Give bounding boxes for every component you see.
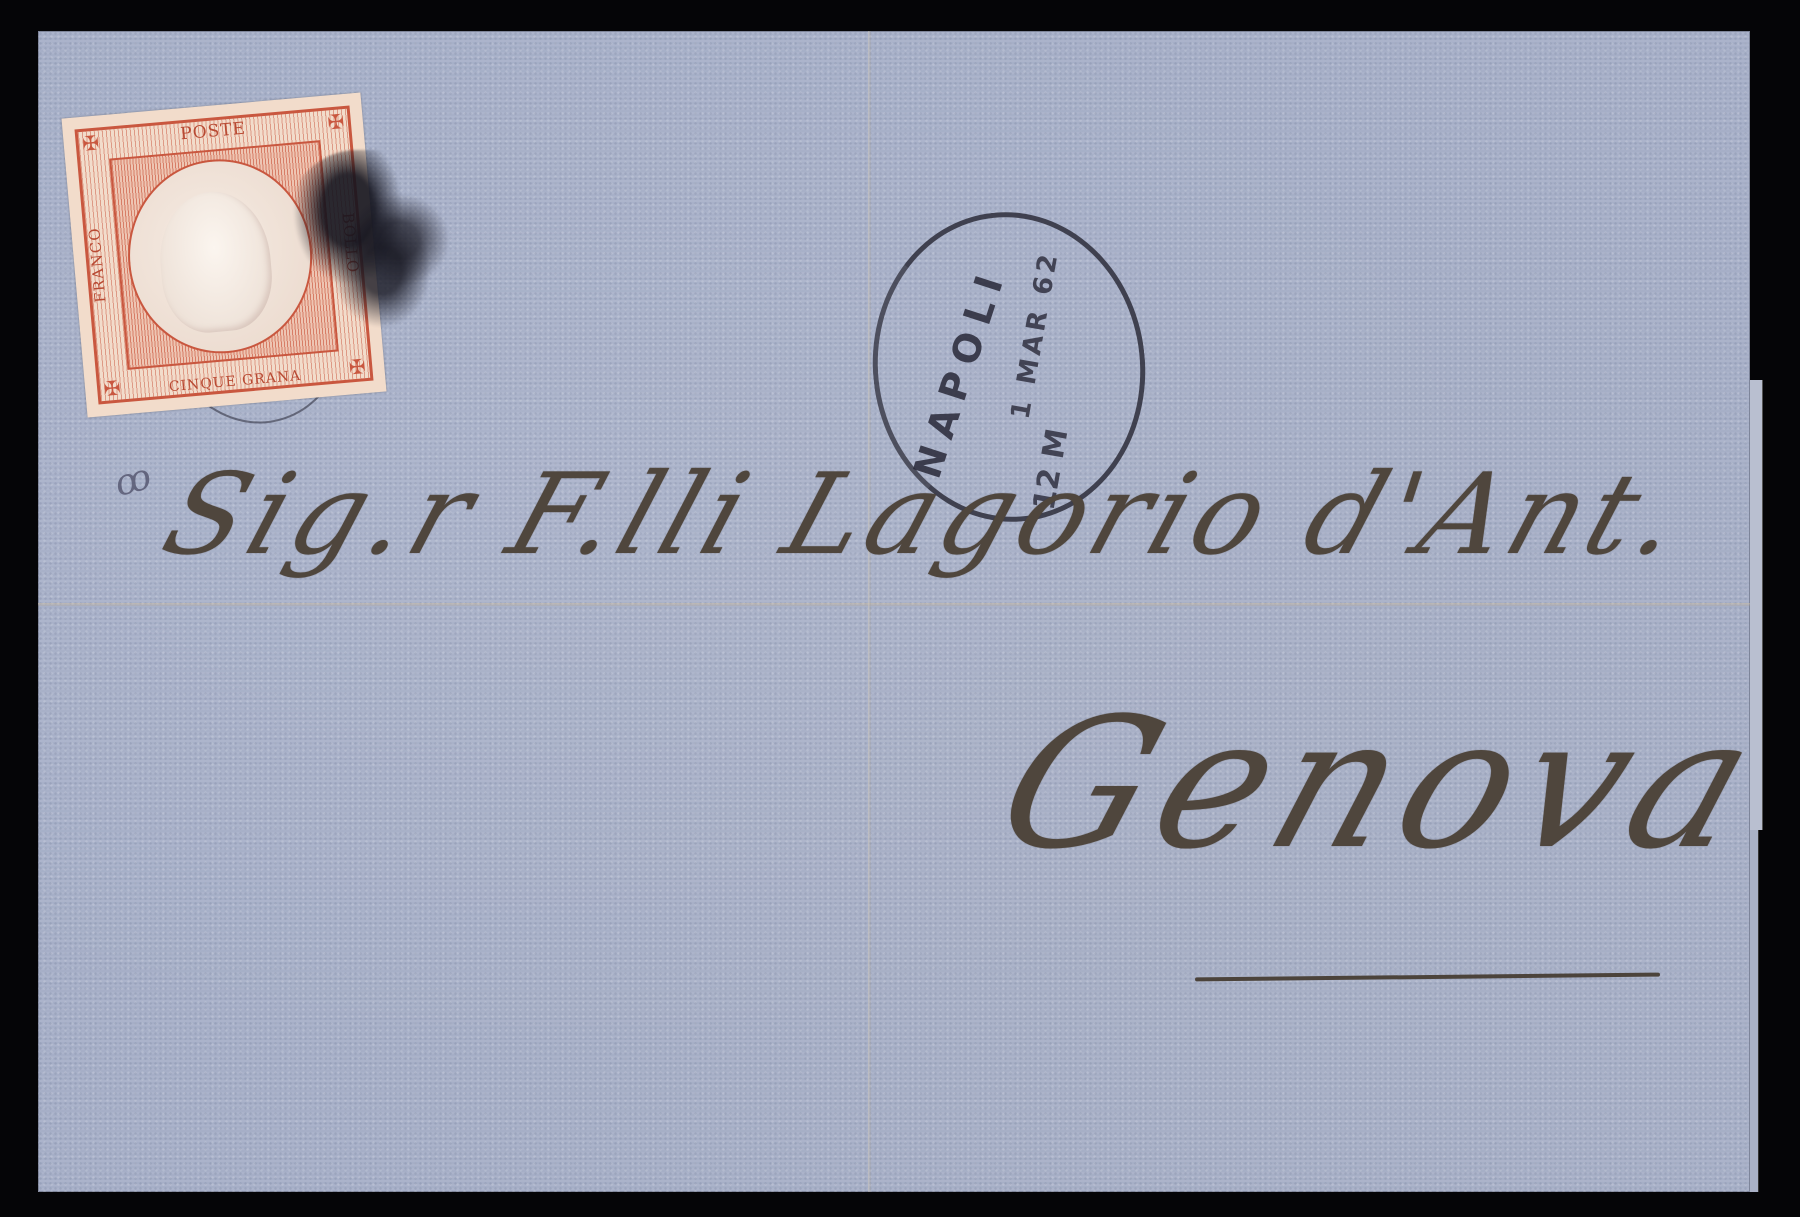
cross-ornament-icon: ✠ [77, 129, 105, 157]
address-line-city: Genova [976, 680, 1788, 889]
ink-cancellation-smudge [280, 150, 450, 350]
cross-ornament-icon: ✠ [98, 374, 126, 402]
cover-edge-flap-lower [1750, 830, 1759, 1192]
embossed-head-icon [155, 187, 277, 336]
cross-ornament-icon: ✠ [322, 108, 350, 136]
cross-ornament-icon: ✠ [343, 353, 371, 381]
horizontal-fold-line [38, 603, 1750, 606]
vertical-fold-line [868, 31, 871, 1192]
address-line-recipient: Sig.r F.lli Lagorio d'Ant. [149, 450, 1704, 580]
